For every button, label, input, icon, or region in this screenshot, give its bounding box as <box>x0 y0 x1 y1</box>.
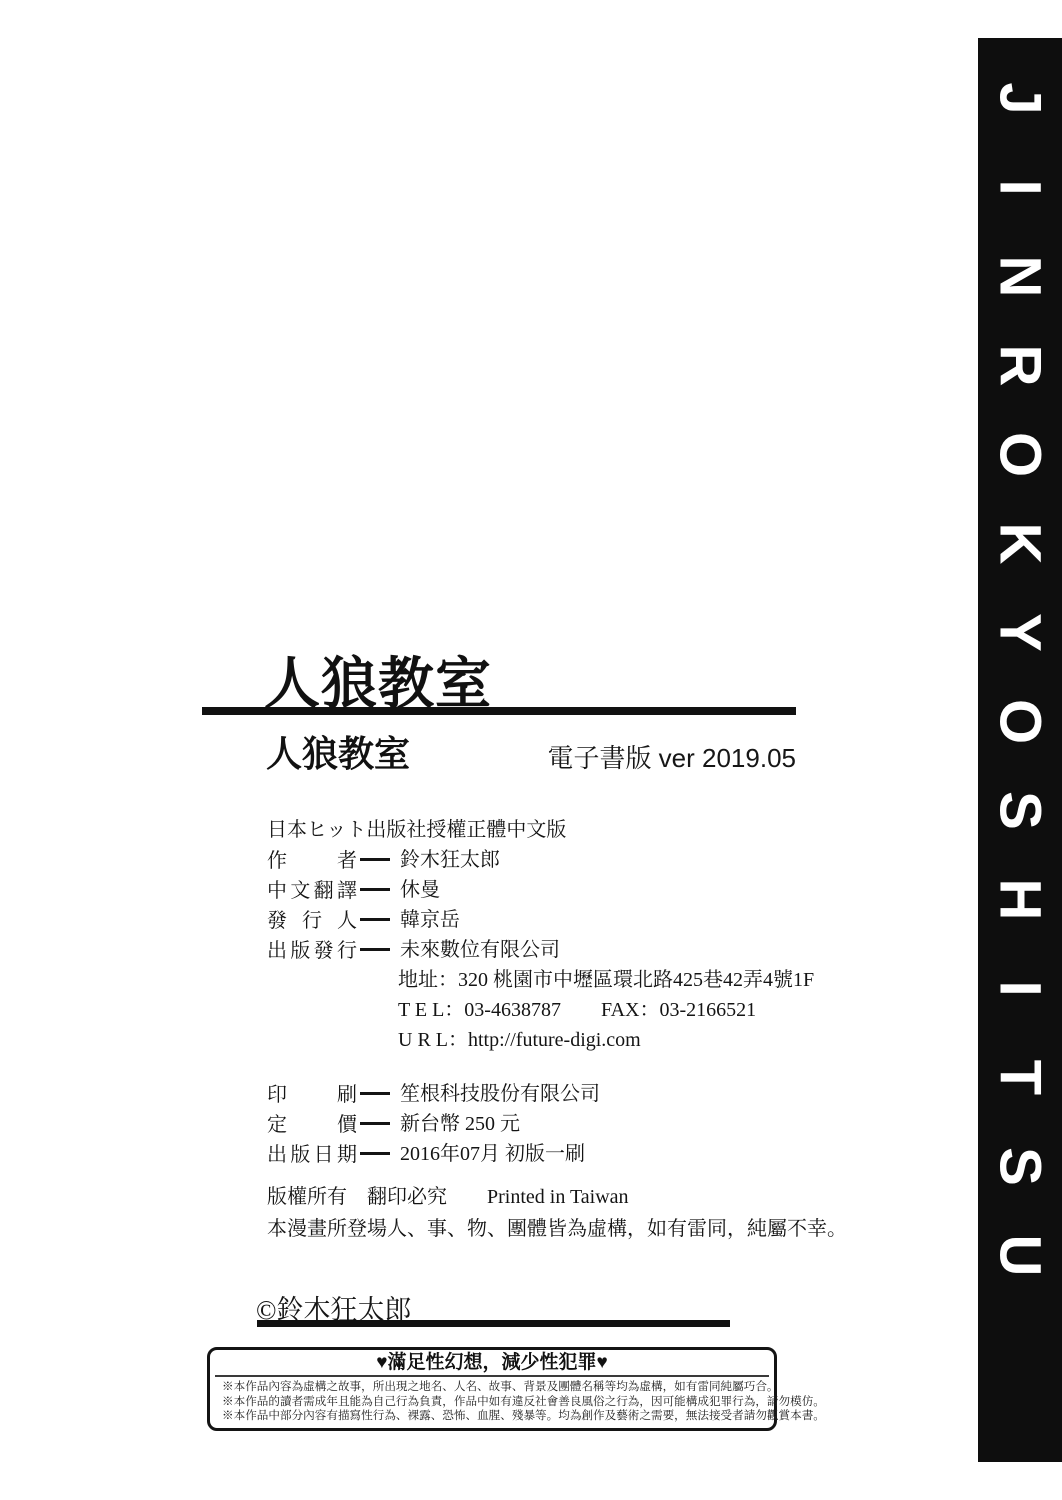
spine-letter: I <box>976 155 1062 221</box>
production-label: 出版日期 <box>267 1140 357 1170</box>
dash-separator <box>360 1152 390 1155</box>
publisher-url: U R L：http://future-digi.com <box>267 1025 887 1055</box>
spine-letter: Y <box>976 600 1062 666</box>
publisher-address: 地址：320 桃園市中壢區環北路425巷42弄4號1F <box>267 965 887 995</box>
spine-bar: JINROKYOSHITSU <box>978 38 1062 1462</box>
spine-letter: N <box>976 244 1062 310</box>
production-row-printer: 印刷笙根科技股份有限公司 <box>267 1079 887 1109</box>
production-row-publish-date: 出版日期2016年07月 初版一刷 <box>267 1139 887 1169</box>
production-value: 新台幣 250 元 <box>400 1113 520 1135</box>
subtitle-row: 人狼教室 電子書版 ver 2019.05 <box>202 726 796 777</box>
book-subtitle: 人狼教室 <box>202 726 410 777</box>
spine-letter: T <box>976 1045 1062 1111</box>
credit-label: 中文翻譯 <box>267 876 357 906</box>
dash-separator <box>360 918 390 921</box>
copyright-notice: 版權所有 翻印必究 Printed in Taiwan <box>267 1182 887 1214</box>
dash-separator <box>360 888 390 891</box>
credit-label: 出版發行 <box>267 936 357 966</box>
credit-value: 韓京岳 <box>400 909 460 931</box>
credit-value: 未來數位有限公司 <box>400 939 560 961</box>
credit-row-publishing-company: 出版發行未來數位有限公司 <box>267 935 887 965</box>
spine-letter: I <box>976 956 1062 1022</box>
dash-separator <box>360 1092 390 1095</box>
spine-letter: H <box>976 867 1062 933</box>
license-line: 日本ヒット出版社授權正體中文版 <box>267 815 887 845</box>
warning-line: ※本作品的讀者需成年且能為自己行為負責，作品中如有違反社會善良風俗之行為，因可能… <box>222 1395 762 1410</box>
production-value: 2016年07月 初版一刷 <box>400 1143 585 1165</box>
dash-separator <box>360 858 390 861</box>
warning-box-title: ♥滿足性幻想，減少性犯罪♥ <box>210 1351 774 1375</box>
spine-title: JINROKYOSHITSU <box>978 54 1062 1300</box>
colophon-page: JINROKYOSHITSU 人狼教室 人狼教室 電子書版 ver 2019.0… <box>0 0 1062 1500</box>
spine-letter: J <box>976 66 1062 132</box>
warning-line: ※本作品中部分內容有描寫性行為、裸露、恐怖、血腥、殘暴等。均為創作及藝術之需要，… <box>222 1409 762 1424</box>
warning-box-lines: ※本作品內容為虛構之故事，所出現之地名、人名、故事、背景及團體名稱等均為虛構，如… <box>210 1377 774 1424</box>
warning-line: ※本作品內容為虛構之故事，所出現之地名、人名、故事、背景及團體名稱等均為虛構，如… <box>222 1380 762 1395</box>
publisher-tel-fax: T E L：03-4638787 FAX：03-2166521 <box>267 995 887 1025</box>
bottom-divider <box>257 1320 730 1327</box>
spine-letter: K <box>976 511 1062 577</box>
credit-value: 休曼 <box>400 879 440 901</box>
production-row-price: 定價新台幣 250 元 <box>267 1109 887 1139</box>
title-divider <box>202 707 796 715</box>
spine-letter: S <box>976 778 1062 844</box>
credit-row-translator: 中文翻譯休曼 <box>267 875 887 905</box>
fiction-disclaimer: 本漫畫所登場人、事、物、團體皆為虛構，如有雷同，純屬不幸。 <box>267 1214 887 1246</box>
credit-row-publisher-person: 發行人韓京岳 <box>267 905 887 935</box>
content-warning-box: ♥滿足性幻想，減少性犯罪♥ ※本作品內容為虛構之故事，所出現之地名、人名、故事、… <box>207 1347 777 1431</box>
colophon-block: 日本ヒット出版社授權正體中文版 作者鈴木狂太郎 中文翻譯休曼 發行人韓京岳 出版… <box>267 815 887 1246</box>
edition-version: 電子書版 ver 2019.05 <box>547 738 796 777</box>
spine-letter: O <box>976 422 1062 488</box>
production-label: 印刷 <box>267 1080 357 1110</box>
credit-label: 發行人 <box>267 906 357 936</box>
dash-separator <box>360 1122 390 1125</box>
production-label: 定價 <box>267 1110 357 1140</box>
spine-letter: R <box>976 333 1062 399</box>
credit-value: 鈴木狂太郎 <box>400 849 500 871</box>
dash-separator <box>360 948 390 951</box>
spine-letter: S <box>976 1134 1062 1200</box>
spine-letter: O <box>976 689 1062 755</box>
production-value: 笙根科技股份有限公司 <box>400 1083 600 1105</box>
credit-label: 作者 <box>267 846 357 876</box>
spine-letter: U <box>976 1223 1062 1289</box>
credit-row-author: 作者鈴木狂太郎 <box>267 845 887 875</box>
